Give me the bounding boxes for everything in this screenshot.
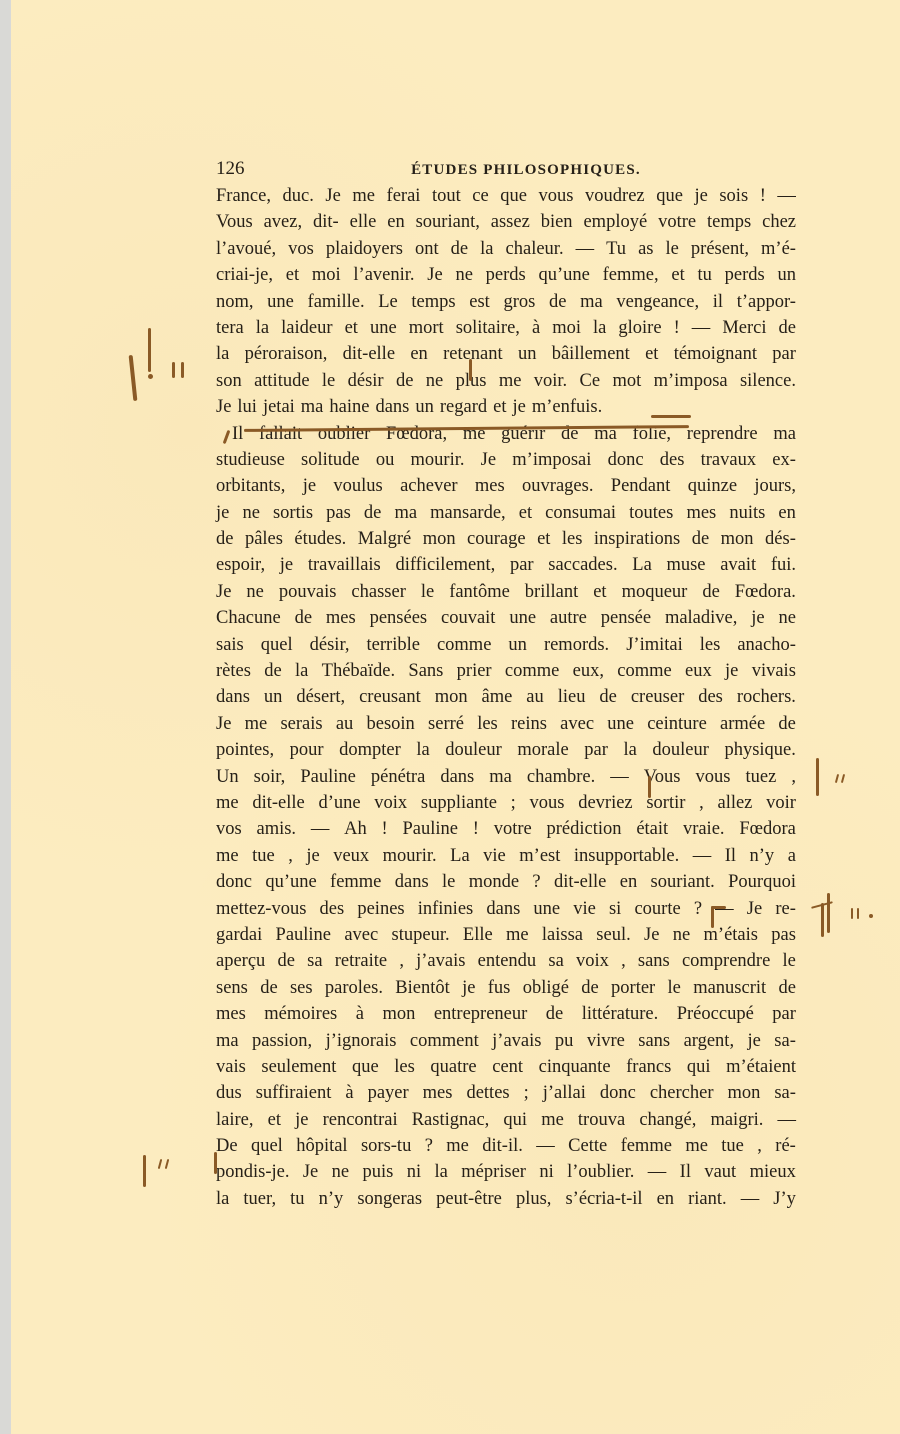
text-line: Dequelhôpitalsors-tu?medit-il.—Cettefemm… [216, 1133, 796, 1159]
text-line: espoir,jetravaillaisdifficilement,parsac… [216, 552, 796, 578]
text-line: doncqu’unefemmedanslemonde?dit-elleensou… [216, 869, 796, 895]
text-line: aperçudesaretraite,j’avaisentendusavoix,… [216, 948, 796, 974]
text-line: l’avoué,vosplaidoyersontdelachaleur.—Tua… [216, 236, 796, 262]
text-line: France,duc.Jemeferaitoutcequevousvoudrez… [216, 183, 796, 209]
text-line: pondis-je.Jenepuisnilaméprisernil’oublie… [216, 1159, 796, 1185]
text-line: Jeluijetaimahainedansunregardetjem’enfui… [216, 394, 796, 420]
insertion-mark-peroraison [469, 359, 472, 381]
text-line: depâlesétudes.Malgrémoncourageetlesinspi… [216, 526, 796, 552]
text-line: Chacunedemespenséescouvaituneautrepensée… [216, 605, 796, 631]
text-line: Unsoir,Paulinepénétradansmachambre.—Vous… [216, 764, 796, 790]
running-title: ÉTUDES PHILOSOPHIQUES. [216, 156, 796, 184]
text-line: IlfallaitoublierFœdora,meguérirdemafolie… [216, 421, 796, 447]
text-line: metue,jeveuxmourir.Laviem’estinsupportab… [216, 843, 796, 869]
text-line: vaisseulementquelesquatrecentcinquantefr… [216, 1054, 796, 1080]
text-line: mettez-vousdespeinesinfiniesdansuneviesi… [216, 896, 796, 922]
text-line: nom,unefamille.Letempsestgrosdemavengean… [216, 289, 796, 315]
insertion-mark-de-quel [214, 1152, 217, 1174]
text-line: pointes,pourdompterladouleurmoraleparlad… [216, 737, 796, 763]
text-line: dansundésert,creusantmonâmeaulieudecreus… [216, 684, 796, 710]
text-line: Jemeseraisaubesoinserrélesreinsavecunece… [216, 711, 796, 737]
text-line: orbitants,jevoulusachevermesouvrages.Pen… [216, 473, 796, 499]
paragraph-arrow [651, 415, 691, 418]
insertion-mark-courte [711, 906, 714, 928]
text-line: studieusesolitudeoumourir.Jem’imposaidon… [216, 447, 796, 473]
text-line: medit-elled’unevoixsuppliante;vousdevrie… [216, 790, 796, 816]
insertion-mark-vous [648, 776, 651, 798]
text-line: teralalaideuretunemortsolitaire,àmoilagl… [216, 315, 796, 341]
text-line: saisqueldésir,terriblecommeunremords.J’i… [216, 632, 796, 658]
text-line: sonattitudeledésirdeneplusmevoir.Cemotm’… [216, 368, 796, 394]
text-line: jenesortispasdemamansarde,etconsumaitout… [216, 500, 796, 526]
text-line: Jenepouvaischasserlefantômebrillantetmoq… [216, 579, 796, 605]
text-line: sensdesesparoles.Bientôtjefusobligédepor… [216, 975, 796, 1001]
text-line: gardaiPaulineavecstupeur.Ellemelaissaseu… [216, 922, 796, 948]
text-line: rètesdelaThébaïde.Sanspriercommeeux,comm… [216, 658, 796, 684]
text-line: vosamis.—Ah!Pauline!votreprédictionétait… [216, 816, 796, 842]
page-header: 126 ÉTUDES PHILOSOPHIQUES. [216, 155, 796, 183]
book-page: 126 ÉTUDES PHILOSOPHIQUES. France,duc.Je… [11, 0, 900, 1434]
text-line: criai-je,etmoil’avenir.Jeneperdsqu’unefe… [216, 262, 796, 288]
text-line: mapassion,j’ignoraiscommentj’avaispuvivr… [216, 1028, 796, 1054]
page-text-block: 126 ÉTUDES PHILOSOPHIQUES. France,duc.Je… [216, 155, 796, 1212]
text-line: mesmémoiresàmonentrepreneurdelittérature… [216, 1001, 796, 1027]
text-line: latuer,tun’ysongeraspeut-êtreplus,s’écri… [216, 1186, 796, 1212]
text-line: dussuffiraientàpayermesdettes;j’allaidon… [216, 1080, 796, 1106]
body-text: France,duc.Jemeferaitoutcequevousvoudrez… [216, 183, 796, 1212]
insertion-mark-courte-bar [711, 906, 726, 909]
text-line: Vousavez,dit-elleensouriant,assezbienemp… [216, 209, 796, 235]
text-line: lapéroraison,dit-elleenretenantunbâillem… [216, 341, 796, 367]
text-line: laire,etjerencontraiRastignac,quimetrouv… [216, 1107, 796, 1133]
